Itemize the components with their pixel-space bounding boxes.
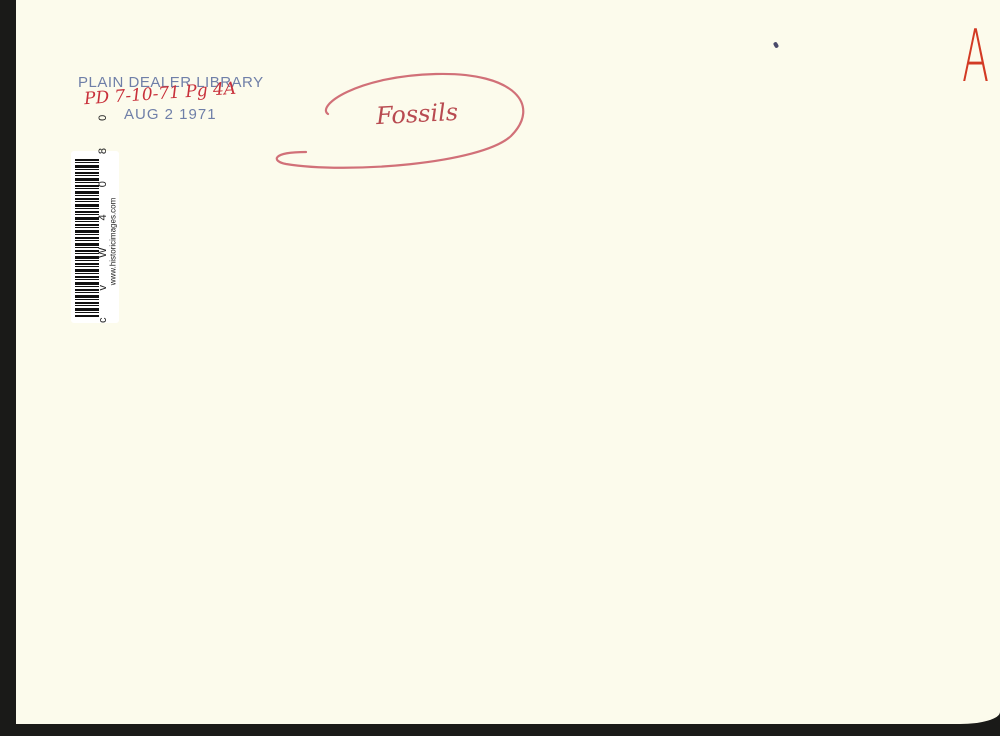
barcode-label: c v W 4 0 8 0 www.historicimages.com	[71, 151, 119, 323]
barcode-code: c v W 4 0 8 0	[97, 163, 109, 323]
ink-speck	[773, 41, 779, 48]
stamp-date: AUG 2 1971	[124, 106, 217, 123]
barcode-website: www.historicimages.com	[109, 162, 118, 322]
corner-letter: A	[962, 14, 989, 98]
photo-back-paper: PLAIN DEALER LIBRARY AUG 2 1971 PD 7-10-…	[16, 0, 1000, 724]
barcode-icon	[75, 159, 99, 317]
subject-label: Fossils	[375, 98, 458, 130]
